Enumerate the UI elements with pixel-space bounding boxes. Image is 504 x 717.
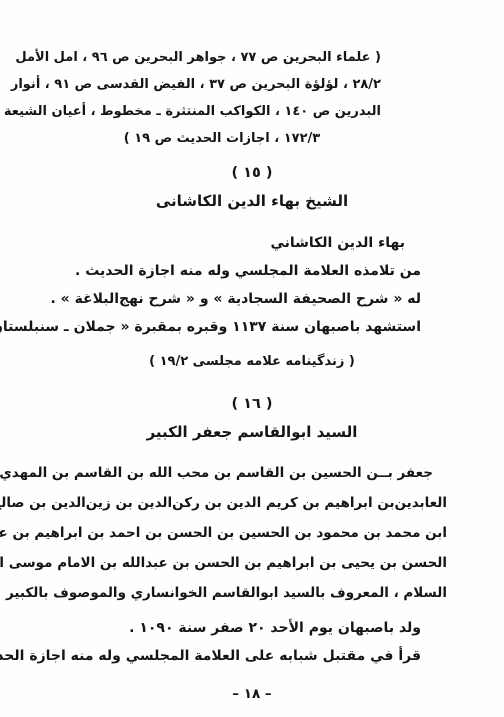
genealogy-line: السلام ، المعروف بالسيد ابوالقاسم الخوان… xyxy=(57,578,447,608)
closing-paragraphs: ولد باصبهان يوم الأحد ٢٠ صفر سنة ١٠٩٠ . … xyxy=(57,614,447,670)
citation-line: ١٧٢/٣ ، اجازات الحديث ص ١٩ ) xyxy=(63,125,381,152)
genealogy-line: الحسن بن يحيى بن ابراهيم بن الحسن بن عبد… xyxy=(57,548,447,578)
genealogy-line: العابدين‌بن ابراهيم بن كريم الدين بن ركن… xyxy=(57,488,447,518)
page-number: – ١٨ – xyxy=(57,684,447,704)
citation-line: البدرين ص ١٤٠ ، الكواكب المنتثرة ـ مخطوط… xyxy=(63,98,381,125)
citation-line: ( علماء البحرين ص ٧٧ ، جواهر البحرين ص ٩… xyxy=(63,44,381,71)
entry-title: السيد ابوالقاسم جعفر الكبير xyxy=(57,420,447,444)
source-citation: ( زندگينامه علامه مجلسى ١٩/٢ ) xyxy=(57,349,447,375)
genealogy-paragraph: جعفر بــن الحسين بن القاسم بن محب الله ب… xyxy=(57,458,447,608)
entry-15: ( ١٥ ) الشيخ بهاء الدين الكاشانى بهاء ال… xyxy=(57,162,447,375)
citation-block: ( علماء البحرين ص ٧٧ ، جواهر البحرين ص ٩… xyxy=(63,44,381,152)
paragraph-line: من تلامذه العلامة المجلسي وله منه اجازة … xyxy=(57,257,447,285)
paragraph-line: قرأ في مقتبل شبابه على العلامة المجلسي و… xyxy=(57,642,447,670)
entry-16: ( ١٦ ) السيد ابوالقاسم جعفر الكبير جعفر … xyxy=(57,393,447,670)
paragraph-line: بهاء الدين الكاشاني xyxy=(57,229,447,257)
entry-number: ( ١٦ ) xyxy=(57,393,447,415)
entry-number: ( ١٥ ) xyxy=(57,162,447,184)
paragraph-line: ولد باصبهان يوم الأحد ٢٠ صفر سنة ١٠٩٠ . xyxy=(57,614,447,642)
genealogy-line: جعفر بــن الحسين بن القاسم بن محب الله ب… xyxy=(57,458,447,488)
book-page: ( علماء البحرين ص ٧٧ ، جواهر البحرين ص ٩… xyxy=(0,0,504,717)
paragraph-line: له « شرح الصحيفة السجادية » و « شرح نهج‌… xyxy=(57,285,447,313)
entry-title: الشيخ بهاء الدين الكاشانى xyxy=(57,189,447,213)
genealogy-line: ابن محمد بن محمود بن الحسين بن الحسن بن … xyxy=(57,518,447,548)
paragraph-line: استشهد باصبهان سنة ١١٣٧ وقبره بمقبرة « ج… xyxy=(57,313,447,341)
citation-line: ٢٨/٢ ، لؤلؤة البحرين ص ٣٧ ، الفيض القدسى… xyxy=(63,71,381,98)
